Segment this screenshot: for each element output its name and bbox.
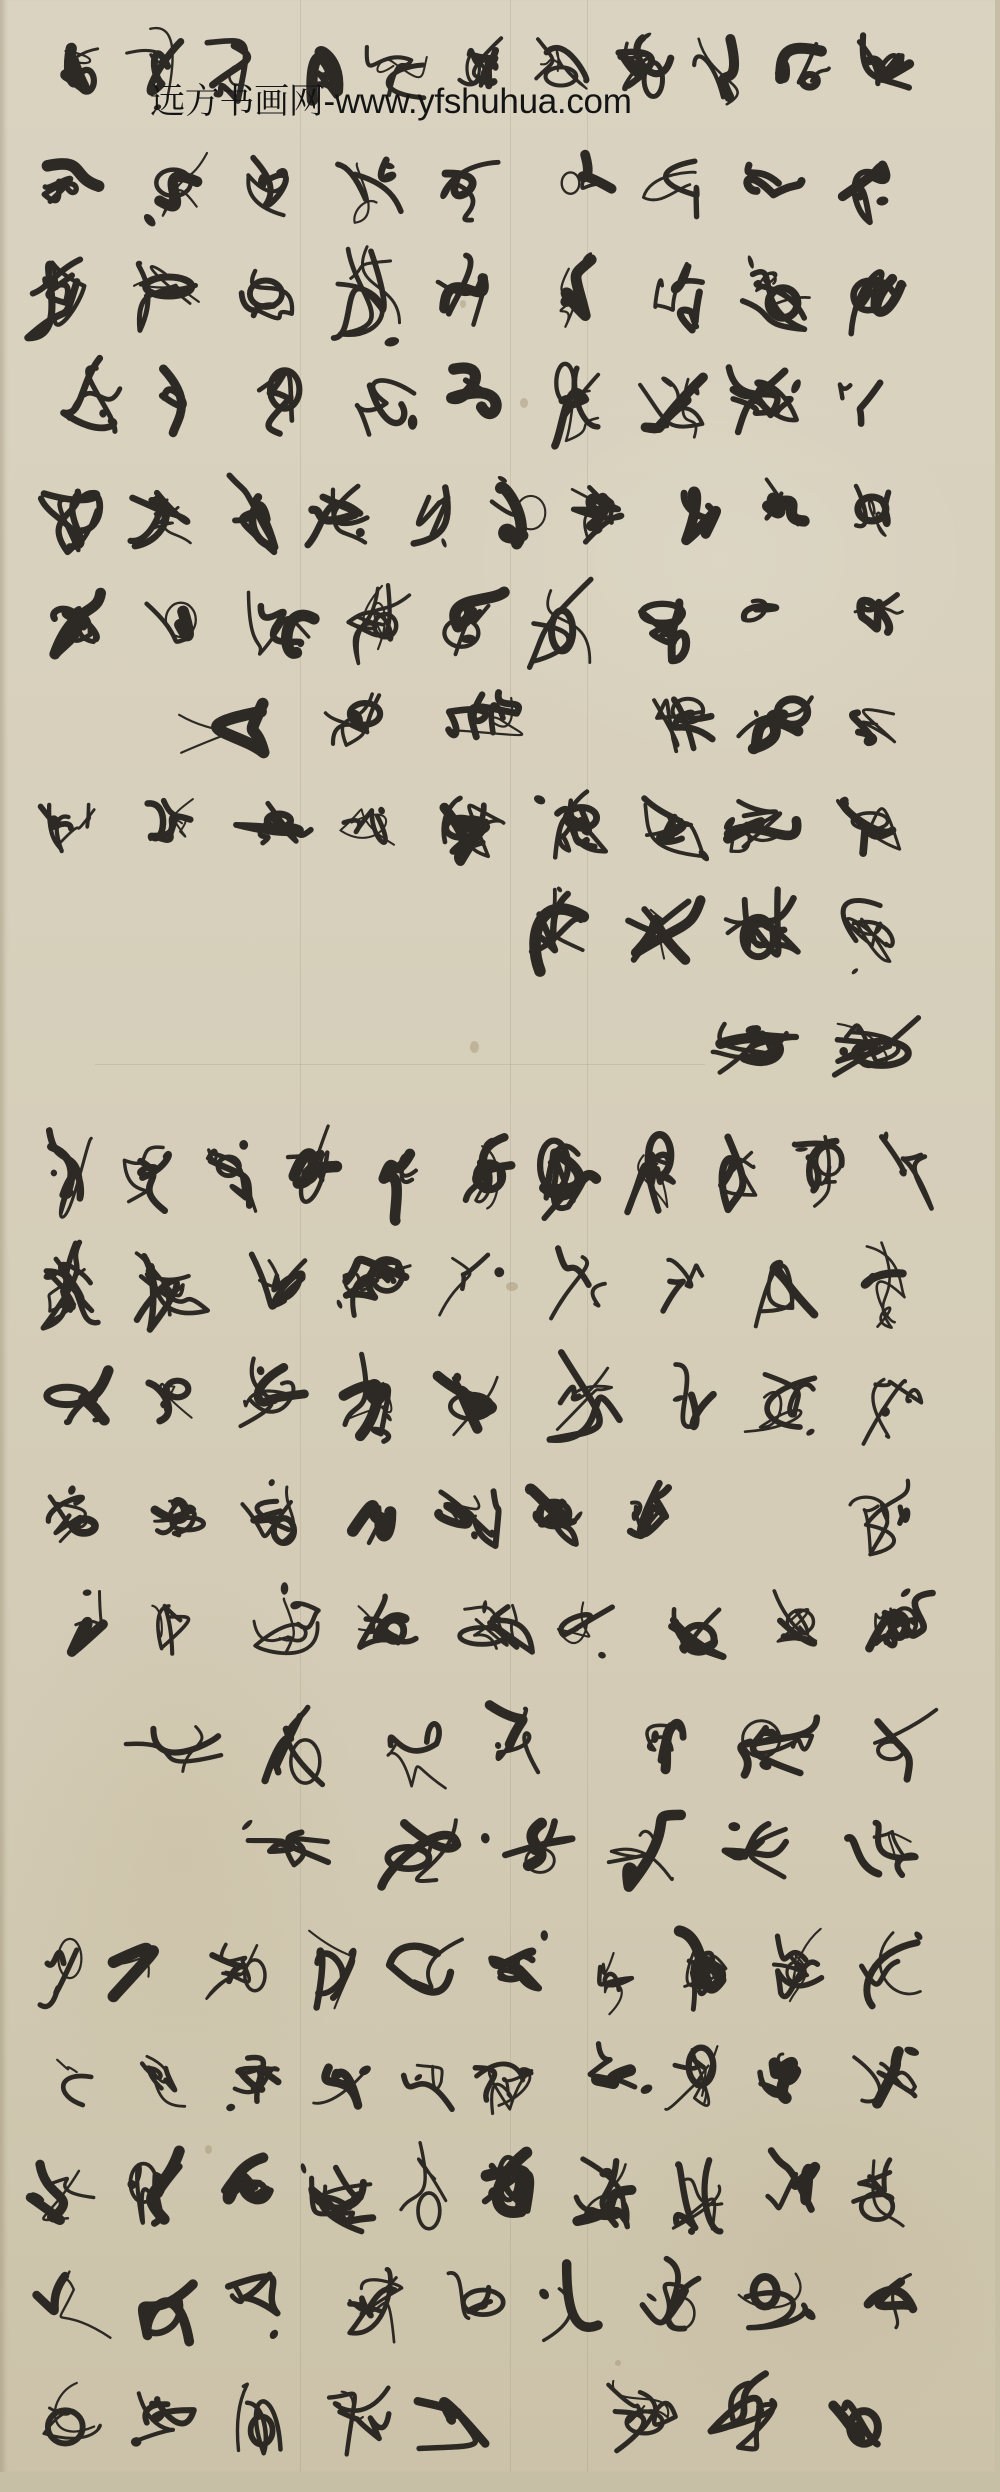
calligraphy-character (852, 710, 894, 743)
calligraphy-character (388, 1724, 446, 1788)
calligraphy-character (124, 1147, 168, 1211)
calligraphy-character (630, 1483, 668, 1535)
calligraphy-character (126, 1727, 221, 1772)
brush-dot (225, 2103, 236, 2113)
calligraphy-character (679, 1931, 726, 2009)
calligraphy-character (308, 486, 367, 545)
brush-stroke (674, 266, 703, 290)
calligraphy-character (440, 1255, 505, 1315)
calligraphy-character (338, 160, 401, 223)
calligraphy-column (42, 1242, 904, 1329)
calligraphy-character (643, 2259, 699, 2329)
calligraphy-character (134, 263, 199, 330)
calligraphy-character (745, 1374, 816, 1437)
calligraphy-column (179, 693, 895, 753)
calligraphy-character (208, 1140, 256, 1211)
brush-stroke (441, 1492, 493, 1535)
calligraphy-character (126, 2151, 179, 2223)
watermark: 远方书画网-www.yfshuhua.com (150, 82, 632, 122)
brush-stroke (694, 56, 723, 97)
brush-dot (256, 1365, 266, 1376)
brush-stroke (390, 1724, 439, 1751)
calligraphy-character (843, 900, 893, 975)
brush-stroke (400, 1155, 416, 1182)
calligraphy-character (837, 800, 899, 853)
brush-dot (384, 336, 401, 348)
brush-dot (532, 793, 546, 806)
calligraphy-character (131, 493, 191, 546)
brush-dot (482, 1600, 488, 1614)
brush-stroke (768, 2174, 796, 2208)
brush-dot (571, 1510, 584, 1524)
calligraphy-character (350, 2269, 402, 2342)
calligraphy-character (743, 255, 810, 330)
calligraphy-character (44, 2383, 100, 2443)
brush-loop (291, 1740, 320, 1783)
calligraphy-character (265, 1707, 322, 1784)
calligraphy-character (452, 368, 496, 414)
brush-stroke (142, 2064, 162, 2089)
calligraphy-character (490, 1705, 538, 1772)
calligraphy-character (438, 1491, 498, 1546)
brush-dot (597, 1651, 606, 1660)
calligraphy-column (57, 2044, 920, 2114)
calligraphy-character (448, 2273, 503, 2318)
brush-dot (440, 538, 447, 549)
brush-dot (537, 2287, 551, 2301)
brush-stroke (217, 704, 264, 753)
calligraphy-character (551, 1248, 605, 1318)
brush-stroke (440, 1258, 471, 1315)
calligraphy-column (47, 1352, 921, 1444)
calligraphy-character (555, 364, 598, 446)
calligraphy-character (142, 153, 207, 229)
brush-dot (268, 2328, 280, 2340)
brush-stroke (882, 1137, 905, 1174)
brush-stroke (353, 1506, 390, 1535)
calligraphy-character (868, 2275, 913, 2328)
calligraphy-character (42, 1242, 98, 1328)
calligraphy-character (309, 1931, 354, 2009)
calligraphy-character (744, 601, 776, 621)
calligraphy-character (572, 487, 621, 542)
calligraphy-character (599, 1953, 632, 2014)
calligraphy-character (152, 1606, 188, 1654)
calligraphy-column (48, 1478, 908, 1554)
brush-loop (644, 63, 662, 97)
calligraphy-character (774, 1591, 816, 1644)
calligraphy-character (53, 593, 100, 654)
calligraphy-character (155, 1501, 204, 1535)
calligraphy-character (843, 165, 890, 222)
calligraphy-character (349, 585, 410, 663)
calligraphy-character (44, 164, 98, 201)
brush-dot (357, 2063, 372, 2077)
calligraphy-character (540, 1141, 596, 1218)
calligraphy-character (550, 1352, 620, 1439)
brush-stroke (165, 1606, 181, 1654)
brush-dot (746, 255, 755, 270)
calligraphy-character (530, 579, 591, 667)
brush-dot (541, 1930, 549, 1941)
calligraphy-character (384, 1154, 416, 1221)
brush-stroke (87, 805, 89, 827)
brush-dot (876, 196, 889, 207)
calligraphy-character (359, 1596, 416, 1647)
calligraphy-column (126, 1705, 936, 1788)
calligraphy-character (460, 38, 502, 86)
brush-stroke (72, 1622, 103, 1652)
calligraphy-character (835, 1018, 919, 1075)
calligraphy-character (443, 162, 499, 220)
brush-dot (494, 1267, 505, 1278)
calligraphy-character (344, 1354, 393, 1441)
brush-dot (851, 967, 860, 975)
calligraphy-character (41, 492, 100, 552)
calligraphy-character (530, 1489, 584, 1544)
calligraphy-character (382, 1820, 457, 1886)
calligraphy-character (628, 1135, 674, 1212)
brush-dot (142, 212, 158, 229)
calligraphy-column (532, 886, 893, 976)
brush-stroke (593, 1284, 605, 1306)
brush-stroke (228, 2275, 277, 2313)
brush-dot (300, 2163, 308, 2175)
calligraphy-character (561, 251, 594, 327)
calligraphy-scan: 远方书画网-www.yfshuhua.com (0, 0, 1000, 2492)
brush-stroke (237, 2384, 247, 2450)
brush-stroke (900, 1507, 908, 1523)
brush-stroke (666, 161, 697, 217)
brush-stroke (76, 1592, 102, 1627)
calligraphy-character (37, 2272, 111, 2338)
calligraphy-character (864, 1379, 922, 1444)
calligraphy-character (485, 2153, 531, 2213)
brush-dot (91, 1393, 98, 1402)
calligraphy-column (41, 475, 888, 552)
calligraphy-character (729, 368, 803, 433)
calligraphy-character (237, 2384, 280, 2453)
brush-stroke (61, 2272, 111, 2338)
calligraphy-character (404, 2065, 452, 2109)
calligraphy-character (241, 1818, 329, 1864)
calligraphy-character (229, 475, 274, 552)
brush-stroke (37, 2276, 66, 2311)
brush-stroke (739, 801, 776, 816)
calligraphy-character (57, 2060, 91, 2105)
brush-loop (418, 2193, 440, 2229)
calligraphy-character (314, 2063, 373, 2105)
brush-stroke (452, 368, 496, 414)
calligraphy-character (532, 886, 584, 972)
calligraphy-character (137, 1253, 208, 1329)
brush-stroke (162, 390, 183, 406)
calligraphy-character (840, 383, 880, 424)
calligraphy-character (854, 2045, 920, 2103)
calligraphy-character (438, 256, 486, 325)
calligraphy-column (72, 1582, 933, 1659)
brush-dot (413, 2073, 423, 2082)
calligraphy-character (414, 488, 448, 549)
calligraphy-character (329, 2388, 389, 2455)
calligraphy-character (641, 602, 686, 660)
calligraphy-character (666, 2046, 718, 2109)
brush-stroke (153, 2399, 194, 2423)
calligraphy-character (711, 2374, 775, 2449)
calligraphy-character (774, 1929, 822, 2001)
brush-stroke (384, 1154, 410, 1221)
calligraphy-character (225, 2058, 278, 2113)
calligraphy-character (288, 1126, 337, 1202)
calligraphy-character (609, 1815, 681, 1887)
calligraphy-character (741, 1718, 817, 1775)
calligraphy-character (739, 697, 812, 748)
calligraphy-character (40, 1939, 81, 2007)
calligraphy-character (466, 1136, 512, 1208)
calligraphy-character (492, 475, 545, 544)
brush-dot (494, 1741, 502, 1749)
brush-dot (82, 1589, 91, 1596)
calligraphy-character (756, 1257, 815, 1326)
calligraphy-character (28, 260, 85, 338)
calligraphy-character (882, 1131, 932, 1208)
calligraphy-character (576, 2159, 631, 2227)
calligraphy-character (663, 1260, 702, 1311)
brush-dot (728, 1822, 741, 1832)
brush-dot (50, 1169, 58, 1177)
calligraphy-column (53, 579, 902, 667)
calligraphy-character (654, 699, 712, 752)
calligraphy-character (460, 1600, 533, 1652)
calligraphy-character (739, 2274, 818, 2328)
calligraphy-character (643, 161, 697, 217)
calligraphy-character (207, 1945, 265, 1999)
calligraphy-character (760, 2054, 795, 2098)
brush-stroke (166, 2068, 175, 2090)
brush-stroke (723, 39, 734, 97)
calligraphy-character (438, 1372, 498, 1434)
calligraphy-character (722, 1137, 756, 1210)
calligraphy-character (241, 1359, 305, 1427)
calligraphy-character (747, 165, 801, 194)
calligraphy-character (113, 1949, 153, 1997)
calligraphy-character (475, 2064, 534, 2113)
calligraphy-character (532, 792, 605, 858)
brush-dot (480, 1832, 490, 1844)
calligraphy-character (449, 693, 523, 737)
brush-stroke (287, 615, 314, 653)
calligraphy-character (252, 1254, 305, 1306)
calligraphy-character (768, 2151, 815, 2210)
brush-stroke (404, 2076, 452, 2110)
brush-stroke (860, 383, 880, 424)
calligraphy-character (537, 2264, 598, 2341)
calligraphy-character (29, 2164, 93, 2220)
calligraphy-character (401, 2143, 446, 2229)
calligraphy-character (143, 2284, 193, 2341)
calligraphy-character (326, 694, 381, 745)
calligraphy-character (862, 1930, 924, 2006)
calligraphy-column (713, 1018, 919, 1075)
calligraphy-character (418, 2401, 486, 2448)
brush-stroke (840, 385, 850, 399)
brush-stroke (876, 1823, 916, 1875)
calligraphy-character (722, 801, 797, 851)
calligraphy-character (850, 1481, 908, 1555)
brush-dot (408, 415, 418, 430)
calligraphy-character (875, 1710, 936, 1779)
brush-dot (899, 1587, 912, 1599)
brush-dot (645, 2292, 657, 2303)
calligraphy-character (149, 1381, 192, 1421)
calligraphy-character (865, 1243, 905, 1328)
calligraphy-character (780, 44, 829, 87)
brush-dot (241, 1818, 254, 1831)
calligraphy-character (859, 35, 909, 87)
calligraphy-character (334, 247, 400, 348)
calligraphy-character (48, 1484, 95, 1541)
calligraphy-character (640, 377, 703, 437)
calligraphy-column (64, 358, 881, 446)
brush-stroke (180, 612, 188, 636)
calligraphy-character (65, 48, 98, 91)
calligraphy-character (854, 2160, 904, 2226)
calligraphy-character (562, 155, 612, 194)
calligraphy-character (655, 264, 702, 331)
calligraphy-character (795, 1137, 842, 1206)
calligraphy-character (767, 479, 805, 524)
brush-dot (639, 2083, 654, 2096)
brush-dot (239, 1140, 248, 1150)
brush-loop (384, 1620, 403, 1641)
brush-stroke (674, 713, 712, 739)
brush-stroke (153, 1729, 218, 1753)
brush-dot (789, 378, 803, 395)
brush-stroke (55, 2383, 94, 2432)
calligraphy-column (37, 2259, 914, 2342)
calligraphy-character (713, 1024, 796, 1073)
calligraphy-character (243, 1478, 294, 1543)
calligraphy-character (130, 2393, 193, 2447)
brush-dot (335, 1299, 343, 1309)
calligraphy-character (833, 2403, 878, 2444)
calligraphy-character (644, 798, 711, 863)
calligraphy-column (28, 247, 908, 348)
brush-stroke (868, 2282, 913, 2309)
calligraphy-character (684, 492, 716, 541)
brush-stroke (848, 1838, 879, 1874)
brush-stroke (137, 2165, 148, 2223)
calligraphy-character (47, 1371, 108, 1423)
calligraphy-character (694, 39, 737, 104)
brush-dot (267, 1478, 276, 1487)
brush-dot (67, 1484, 77, 1496)
brush-stroke (449, 695, 486, 735)
brush-stroke (692, 1394, 714, 1426)
calligraphy-column (44, 2374, 878, 2455)
calligraphy-character (147, 799, 193, 842)
calligraphy-character (558, 1603, 612, 1660)
brush-dot (556, 886, 563, 894)
calligraphy-character (725, 1822, 786, 1878)
brush-stroke (462, 1255, 488, 1289)
calligraphy-character (249, 592, 314, 654)
calligraphy-character (142, 2056, 185, 2106)
calligraphy-column (40, 1929, 924, 2014)
calligraphy-character (444, 798, 504, 861)
calligraphy-character (357, 380, 418, 434)
calligraphy-character (259, 370, 299, 433)
calligraphy-column (41, 792, 900, 863)
brush-stroke (490, 1705, 523, 1744)
calligraphy-character (248, 158, 286, 215)
brush-dot (805, 1427, 816, 1437)
brush-stroke (867, 1943, 917, 2006)
brush-stroke (903, 1155, 932, 1208)
calligraphy-character (353, 1506, 390, 1543)
calligraphy-column (49, 1126, 931, 1220)
calligraphy-character (444, 592, 504, 654)
calligraphy-character (856, 486, 888, 536)
brush-loop (167, 1381, 189, 1398)
calligraphy-character (480, 1822, 572, 1873)
calligraphy-character (647, 1722, 683, 1769)
brush-stroke (663, 1281, 683, 1311)
brush-loop (562, 172, 580, 193)
calligraphy-character (672, 1364, 713, 1426)
calligraphy-character (162, 369, 183, 433)
calligraphy-character (335, 1259, 410, 1316)
brush-loop (802, 75, 817, 88)
calligraphy-character (340, 806, 394, 845)
brush-dot (258, 174, 267, 190)
calligraphy-character (608, 2381, 675, 2451)
brush-dot (281, 1582, 289, 1595)
calligraphy-character (179, 704, 264, 753)
calligraphy-column (241, 1815, 916, 1887)
calligraphy-character (848, 1823, 916, 1875)
calligraphy-character (628, 900, 700, 960)
calligraphy-character (147, 603, 196, 642)
calligraphy-character (390, 1939, 463, 1992)
brush-dot (753, 709, 760, 717)
calligraphy-character (491, 1930, 548, 1988)
calligraphy-character (869, 1587, 932, 1649)
calligraphy-character (855, 595, 902, 632)
calligraphy-character (228, 2275, 280, 2341)
calligraphy-character (254, 1582, 319, 1653)
brush-stroke (567, 2264, 598, 2327)
calligraphy-column (44, 153, 889, 229)
brush-stroke (57, 2060, 77, 2072)
calligraphy-column (29, 2143, 903, 2237)
brush-dot (903, 2045, 920, 2058)
calligraphy-character (242, 271, 292, 318)
brush-stroke (63, 2076, 91, 2105)
calligraphy-character (64, 358, 120, 431)
calligraphy-character (590, 2044, 654, 2096)
brush-stroke (47, 1953, 63, 1965)
calligraphy-character (673, 2160, 722, 2236)
calligraphy-character (726, 890, 798, 957)
brush-stroke (778, 1936, 806, 1960)
calligraphy-character (72, 1589, 103, 1652)
calligraphy-character (300, 2163, 373, 2232)
brush-stroke (663, 378, 678, 409)
calligraphy-character (851, 272, 907, 334)
calligraphy-character (41, 805, 95, 852)
calligraphy-character (224, 2158, 270, 2202)
